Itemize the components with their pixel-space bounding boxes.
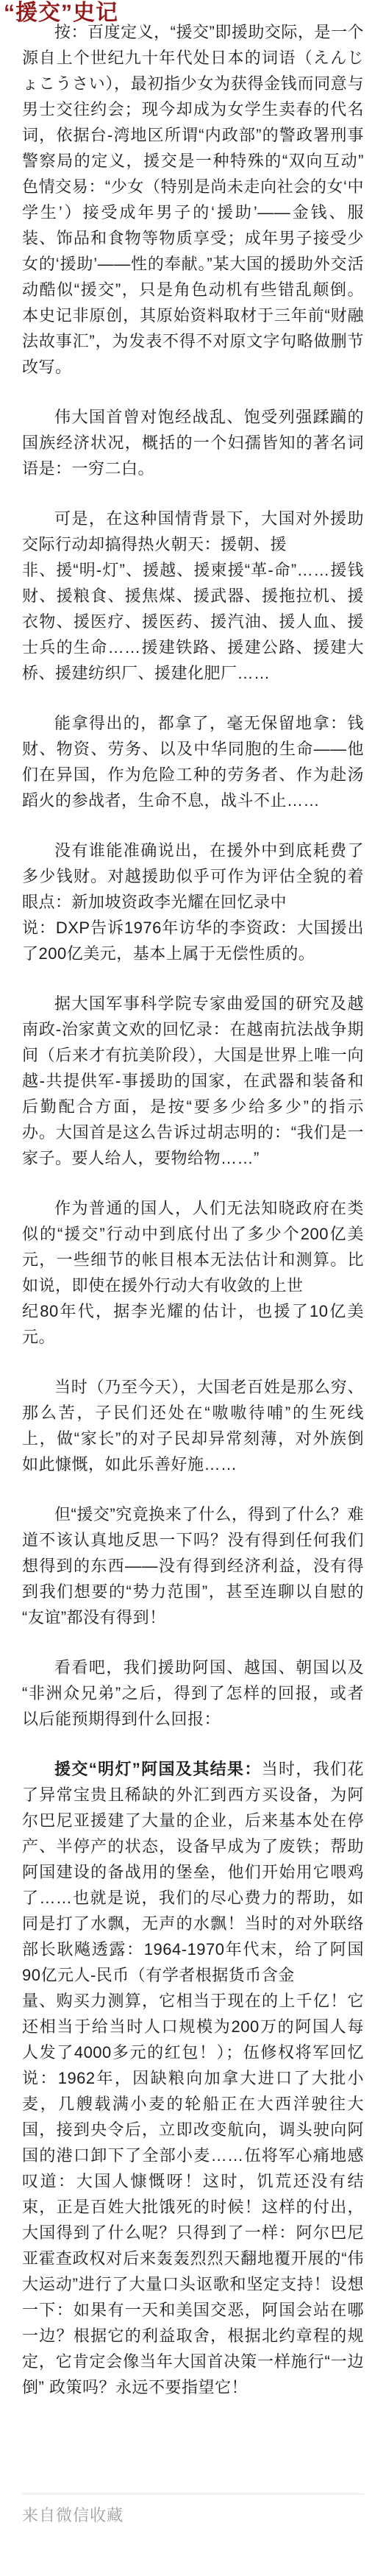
- footer: 来自微信收藏: [22, 2494, 364, 2526]
- article-body: 按：百度定义，“援交”即援助交际，是一个源自上个世纪九十年代处日本的词语（えんじ…: [0, 0, 386, 2400]
- paragraph-look-at-returns: 看看吧，我们援助阿国、越国、朝国以及“非洲众兄弟”之后，得到了怎样的回报，或者以…: [22, 1655, 364, 1732]
- paragraph-vietnam-aid: 据大国军事科学院专家曲爱国的研究及越南政-治家黄文欢的回忆录：在越南抗法战争期间…: [22, 991, 364, 1171]
- paragraph-aid-cost-estimate: 没有谁能准确说出，在援外中到底耗费了多少钱财。对越援助似乎可作为评估全貌的着眼点…: [22, 838, 364, 966]
- article-title: “援交”史记: [4, 0, 118, 26]
- paragraph-albania-result: 援交“明灯”阿国及其结果：当时，我们花了异常宝贵且稀缺的外汇到西方买设备，为阿尔…: [22, 1756, 364, 2400]
- paragraph-poverty-summary: 伟大国首曾对饱经战乱、饱受列强蹂躏的国族经济状况，概括的一个妇孺皆知的著名词语是…: [22, 404, 364, 481]
- paragraph-baidu-definition: 按：百度定义，“援交”即援助交际，是一个源自上个世纪九十年代处日本的词语（えんじ…: [22, 19, 364, 380]
- paragraph-aid-list: 可是，在这种国情背景下，大国对外援助交际行动却搞得热火朝天：援朝、援 非、援“明…: [22, 506, 364, 686]
- albania-result-body: 当时，我们花了异常宝贵且稀缺的外汇到西方买设备，为阿尔巴尼亚援建了大量的企业，后…: [22, 1760, 364, 2396]
- paragraph-give-everything: 能拿得出的，都拿了，毫无保留地拿：钱财、物资、劳务、以及中华同胞的生命——他们在…: [22, 710, 364, 813]
- paragraph-people-poor: 当时（乃至今天），大国老百姓是那么穷、那么苦，子民们还处在“嗷嗷待哺”的生死线上…: [22, 1374, 364, 1477]
- albania-result-lead: 援交“明灯”阿国及其结果：: [54, 1760, 262, 1778]
- article-page: “援交”史记 按：百度定义，“援交”即援助交际，是一个源自上个世纪九十年代处日本…: [0, 0, 386, 2576]
- paragraph-ordinary-people: 作为普通的国人，人们无法知晓政府在类似的“援交”行动中到底付出了多少个200亿美…: [22, 1195, 364, 1350]
- paragraph-what-was-gained: 但“援交”究竟换来了什么，得到了什么？难道不该认真地反思一下吗？没有得到任何我们…: [22, 1501, 364, 1630]
- source-label: 来自微信收藏: [22, 2505, 364, 2526]
